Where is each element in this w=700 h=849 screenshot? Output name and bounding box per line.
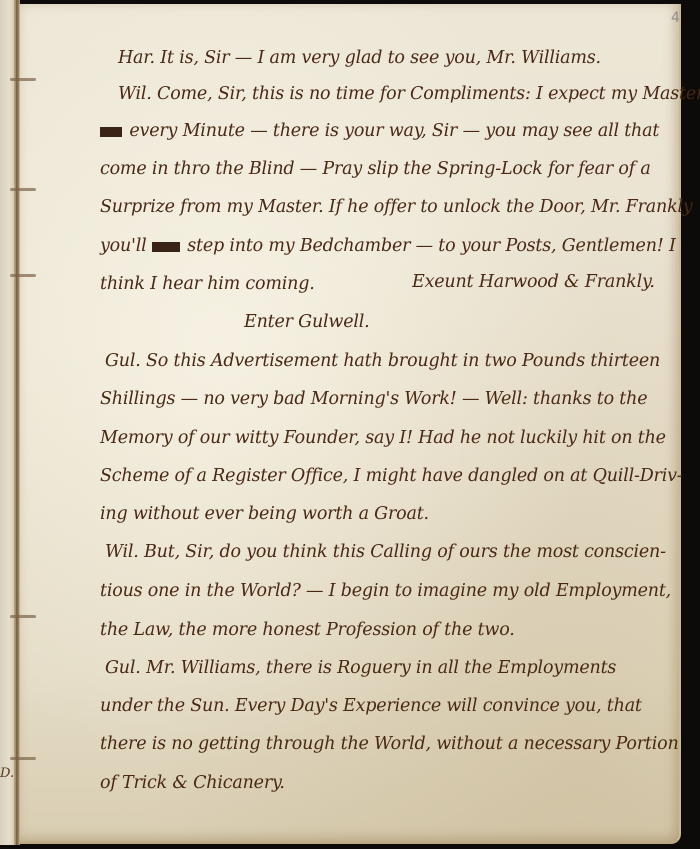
- line-text: tious one in the World? — I begin to ima…: [100, 581, 671, 601]
- struck-out-word: ███: [152, 242, 180, 252]
- manuscript-line: Surprize from my Master. If he offer to …: [100, 197, 693, 217]
- line-text: ing without ever being worth a Groat.: [100, 504, 429, 524]
- line-text: Memory of our witty Founder, say I! Had …: [100, 428, 666, 448]
- line-text: But, Sir, do you think this Calling of o…: [144, 542, 666, 562]
- manuscript-line: come in thro the Blind — Pray slip the S…: [100, 159, 651, 179]
- line-text: It is, Sir — I am very glad to see you, …: [160, 48, 601, 68]
- line-text: come in thro the Blind — Pray slip the S…: [100, 159, 651, 179]
- manuscript-viewer: D. 4 Har. It is, Sir — I am very glad to…: [0, 0, 700, 849]
- page-number: 4: [671, 10, 680, 26]
- line-text-before-strike: you'll: [100, 236, 147, 256]
- binding-stitch: [10, 615, 36, 618]
- manuscript-line: of Trick & Chicanery.: [100, 773, 285, 793]
- stage-direction-enter: Enter Gulwell.: [244, 312, 370, 332]
- manuscript-line: think I hear him coming.: [100, 274, 315, 294]
- manuscript-page: 4 Har. It is, Sir — I am very glad to se…: [19, 4, 681, 844]
- line-text: step into my Bedchamber — to your Posts,…: [187, 236, 675, 256]
- line-text: Shillings — no very bad Morning's Work! …: [100, 389, 647, 409]
- manuscript-line: Wil. But, Sir, do you think this Calling…: [105, 542, 666, 562]
- line-text: Come, Sir, this is no time for Complimen…: [157, 84, 700, 104]
- manuscript-line: the Law, the more honest Profession of t…: [100, 620, 515, 640]
- facing-page-margin-mark: D.: [0, 766, 14, 781]
- manuscript-line: under the Sun. Every Day's Experience wi…: [100, 696, 642, 716]
- line-text: think I hear him coming.: [100, 274, 315, 294]
- manuscript-line: Gul. Mr. Williams, there is Roguery in a…: [105, 658, 616, 678]
- line-text: of Trick & Chicanery.: [100, 773, 285, 793]
- speaker-tag: Har.: [118, 48, 155, 68]
- manuscript-line: Gul. So this Advertisement hath brought …: [105, 351, 660, 371]
- stage-direction-text: Exeunt Harwood & Frankly.: [412, 272, 655, 292]
- manuscript-line: Shillings — no very bad Morning's Work! …: [100, 389, 647, 409]
- binding-stitch: [10, 188, 36, 191]
- manuscript-line: Scheme of a Register Office, I might hav…: [100, 466, 683, 486]
- binding-stitch: [10, 78, 36, 81]
- line-text: there is no getting through the World, w…: [100, 734, 679, 754]
- manuscript-line: Har. It is, Sir — I am very glad to see …: [118, 48, 601, 68]
- manuscript-line: tious one in the World? — I begin to ima…: [100, 581, 671, 601]
- binding-stitch: [10, 757, 36, 760]
- line-text: under the Sun. Every Day's Experience wi…: [100, 696, 642, 716]
- stage-direction-text: Enter Gulwell.: [244, 312, 370, 332]
- binding-gutter: [14, 0, 20, 845]
- manuscript-line: █ every Minute — there is your way, Sir …: [100, 121, 659, 141]
- speaker-tag: Wil.: [118, 84, 152, 104]
- manuscript-line: you'll ███ step into my Bedchamber — to …: [100, 236, 676, 256]
- line-text: every Minute — there is your way, Sir — …: [129, 121, 659, 141]
- manuscript-line: there is no getting through the World, w…: [100, 734, 679, 754]
- speaker-tag: Gul.: [105, 658, 141, 678]
- manuscript-line: Memory of our witty Founder, say I! Had …: [100, 428, 666, 448]
- manuscript-line: Wil. Come, Sir, this is no time for Comp…: [118, 84, 700, 104]
- manuscript-line: ing without ever being worth a Groat.: [100, 504, 429, 524]
- stage-direction-exeunt: Exeunt Harwood & Frankly.: [412, 272, 655, 292]
- line-text: So this Advertisement hath brought in tw…: [146, 351, 660, 371]
- speaker-tag: Wil.: [105, 542, 139, 562]
- binding-stitch: [10, 274, 36, 277]
- line-text: Mr. Williams, there is Roguery in all th…: [146, 658, 616, 678]
- line-text: Scheme of a Register Office, I might hav…: [100, 466, 683, 486]
- line-text: Surprize from my Master. If he offer to …: [100, 197, 693, 217]
- struck-out-word: █: [100, 127, 122, 137]
- line-text: the Law, the more honest Profession of t…: [100, 620, 515, 640]
- speaker-tag: Gul.: [105, 351, 141, 371]
